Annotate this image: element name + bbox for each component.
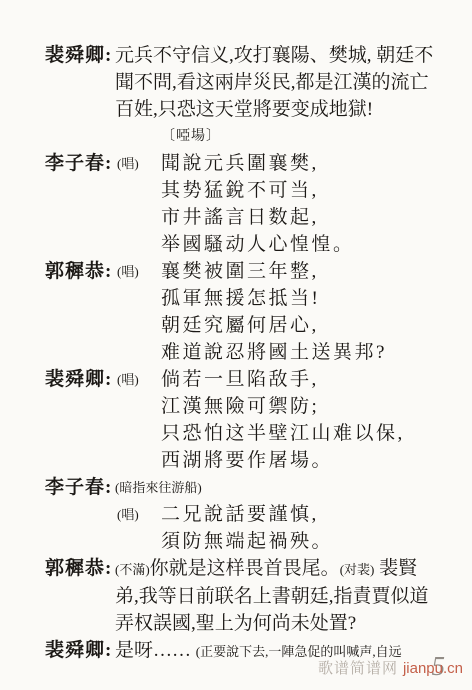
dialogue-line: 弟,我等日前联名上書朝廷,指責賈似道 [115,583,460,610]
speaker-name: 郭穉恭: [45,555,115,582]
verse-line: 江漢無險可禦防; [115,393,460,420]
verse-line: 朝廷究屬何居心, [115,312,460,339]
speaker-name: 裴舜卿: [45,637,115,664]
dialogue-line: (不滿)你就是这样畏首畏尾。(对裴) 裴賢 [115,555,460,583]
dialogue-text-segment: 裴賢 [374,558,417,579]
watermark: 歌谱简谱网jianpu.cn [318,657,463,678]
verse-text: 聞說元兵圍襄樊, [161,153,319,174]
verse-block: (唱) 聞說元兵圍襄樊, 其势猛銳不可当, 市井謠言日数起, 举國騷动人心惶惶。 [115,150,460,258]
dialogue-line: 百姓,只恐这天堂將要变成地獄! [115,96,460,123]
script-page: 裴舜卿: 元兵不守信义,攻打襄陽、樊城, 朝廷不 聞不問,看这兩岸災民,都是江漢… [0,0,472,690]
verse-line: 难道說忍將國土送異邦? [115,339,460,366]
dialogue-entry: 郭穉恭: (唱) 襄樊被圍三年整, 孤軍無援怎抵当! 朝廷究屬何居心, 难道說忍… [45,258,460,366]
inline-stage-direction: (对裴) [340,562,375,577]
verse-line: (唱) 聞說元兵圍襄樊, [115,150,460,177]
dialogue-text: (不滿)你就是这样畏首畏尾。(对裴) 裴賢 弟,我等日前联名上書朝廷,指責賈似道… [115,555,460,637]
dialogue-entry: 裴舜卿: (唱) 倘若一旦陷敌手, 江漢無險可禦防; 只恐怕这半壁江山难以保, … [45,366,460,474]
dialogue-entry: 裴舜卿: 元兵不守信义,攻打襄陽、樊城, 朝廷不 聞不問,看这兩岸災民,都是江漢… [45,42,460,123]
verse-line: (唱) 襄樊被圍三年整, [115,258,460,285]
sing-marker: (唱) [117,258,139,285]
sing-marker: (唱) [117,501,139,528]
sing-marker: (唱) [117,150,139,177]
speaker-name: 裴舜卿: [45,366,115,393]
verse-text: 倘若一旦陷敌手, [161,369,319,390]
speaker-name: 李子春: [45,150,115,177]
verse-text: 二兄說話要謹慎, [161,504,319,525]
verse-text: 襄樊被圍三年整, [161,261,319,282]
watermark-site-name: 歌谱简谱网 [318,660,398,677]
verse-line: 举國騷动人心惶惶。 [115,231,460,258]
verse-line: (唱) 倘若一旦陷敌手, [115,366,460,393]
dialogue-entry: 郭穉恭: (不滿)你就是这样畏首畏尾。(对裴) 裴賢 弟,我等日前联名上書朝廷,… [45,555,460,637]
verse-line: 西湖將要作屠場。 [115,447,460,474]
dialogue-line: 弄权誤國,聖上为何尚未处置? [115,610,460,637]
verse-line: 其势猛銳不可当, [115,177,460,204]
stage-direction: 〔啞場〕 [161,123,460,150]
watermark-site-url[interactable]: jianpu.cn [403,660,463,677]
verse-line: (唱) 二兄說話要謹慎, [115,501,460,528]
verse-line: 市井謠言日数起, [115,204,460,231]
dialogue-entry: 李子春: (唱) 聞說元兵圍襄樊, 其势猛銳不可当, 市井謠言日数起, 举國騷动… [45,150,460,258]
verse-line: 須防無端起禍殃。 [115,528,460,555]
script-body: 裴舜卿: 元兵不守信义,攻打襄陽、樊城, 朝廷不 聞不問,看这兩岸災民,都是江漢… [45,42,460,665]
verse-block: (唱) 襄樊被圍三年整, 孤軍無援怎抵当! 朝廷究屬何居心, 难道說忍將國土送異… [115,258,460,366]
verse-line: 只恐怕这半壁江山难以保, [115,420,460,447]
verse-line: 孤軍無援怎抵当! [115,285,460,312]
speaker-name: 裴舜卿: [45,42,115,69]
dialogue-text-segment: 是呀…… [115,640,196,661]
inline-stage-direction: (不滿) [115,562,150,577]
verse-block: (唱) 倘若一旦陷敌手, 江漢無險可禦防; 只恐怕这半壁江山难以保, 西湖將要作… [115,366,460,474]
dialogue-text: 元兵不守信义,攻打襄陽、樊城, 朝廷不 聞不問,看这兩岸災民,都是江漢的流亡 百… [115,42,460,123]
speaker-name: 郭穉恭: [45,258,115,285]
inline-stage-direction: (暗指來往游船) [115,474,460,501]
dialogue-line: 元兵不守信义,攻打襄陽、樊城, 朝廷不 [115,42,460,69]
dialogue-line: 聞不問,看这兩岸災民,都是江漢的流亡 [115,69,460,96]
dialogue-entry: 李子春: (暗指來往游船) (唱) 二兄說話要謹慎, 須防無端起禍殃。 [45,474,460,555]
dialogue-text-segment: 你就是这样畏首畏尾。 [150,558,340,579]
speaker-name: 李子春: [45,474,115,501]
verse-block: (暗指來往游船) (唱) 二兄說話要謹慎, 須防無端起禍殃。 [115,474,460,555]
sing-marker: (唱) [117,366,139,393]
